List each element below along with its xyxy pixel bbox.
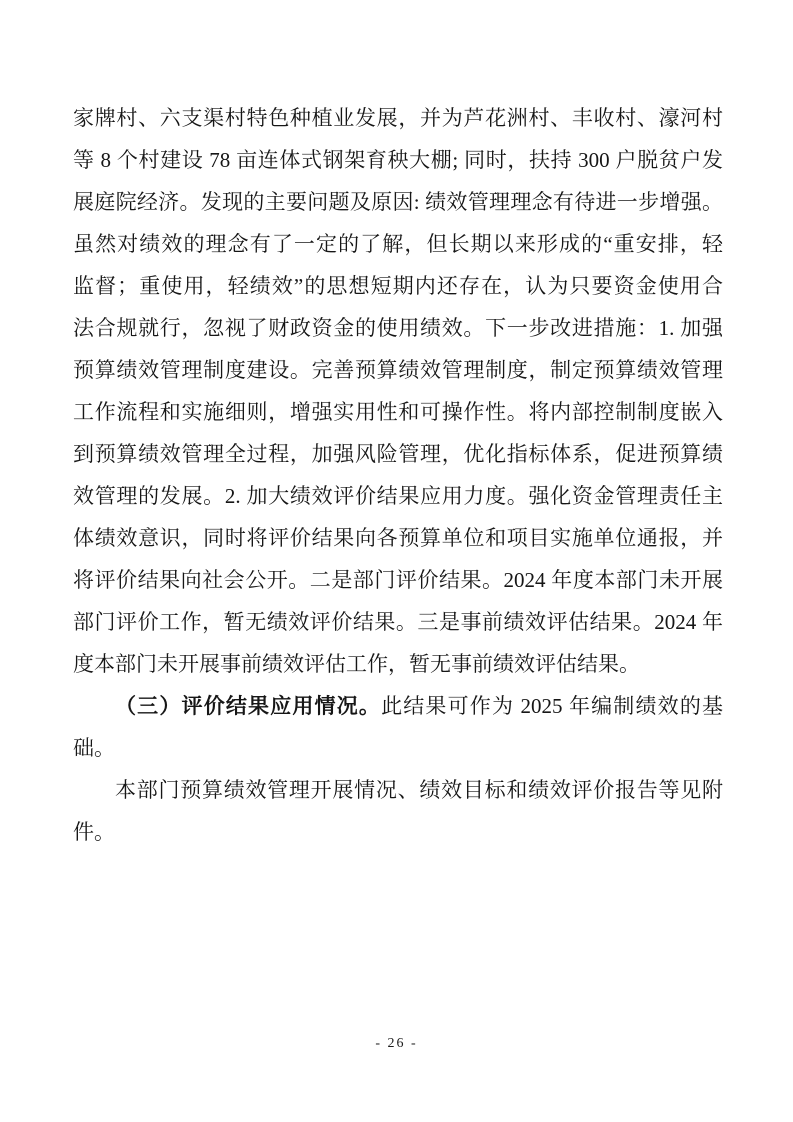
text-line: 法合规就行，忽视了财政资金的使用绩效。下一步改进措施：1. 加强 bbox=[73, 307, 723, 349]
text-run: 法合规就行，忽视了财政资金的使用绩效。下一步改进措施：1. 加强 bbox=[73, 316, 723, 340]
text-run: 效管理的发展。2. 加大绩效评价结果应用力度。强化资金管理责任主 bbox=[73, 484, 723, 508]
text-line: 础。 bbox=[73, 727, 723, 769]
text-line: 工作流程和实施细则，增强实用性和可操作性。将内部控制制度嵌入 bbox=[73, 391, 723, 433]
text-line: 将评价结果向社会公开。二是部门评价结果。2024 年度本部门未开展 bbox=[73, 559, 723, 601]
heading-run: （三）评价结果应用情况。 bbox=[115, 694, 381, 718]
text-line: 到预算绩效管理全过程，加强风险管理，优化指标体系，促进预算绩 bbox=[73, 433, 723, 475]
text-line: 等 8 个村建设 78 亩连体式钢架育秧大棚; 同时，扶持 300 户脱贫户发 bbox=[73, 139, 723, 181]
text-run: 本部门预算绩效管理开展情况、绩效目标和绩效评价报告等见附 bbox=[115, 778, 723, 802]
text-run: 家牌村、六支渠村特色种植业发展，并为芦花洲村、丰收村、濠河村 bbox=[73, 106, 723, 130]
text-line: 预算绩效管理制度建设。完善预算绩效管理制度，制定预算绩效管理 bbox=[73, 349, 723, 391]
text-line: 家牌村、六支渠村特色种植业发展，并为芦花洲村、丰收村、濠河村 bbox=[73, 97, 723, 139]
text-line: 本部门预算绩效管理开展情况、绩效目标和绩效评价报告等见附 bbox=[73, 769, 723, 811]
document-body: 家牌村、六支渠村特色种植业发展，并为芦花洲村、丰收村、濠河村等 8 个村建设 7… bbox=[73, 97, 723, 853]
text-run: 部门评价工作，暂无绩效评价结果。三是事前绩效评估结果。2024 年 bbox=[73, 610, 723, 634]
text-line: （三）评价结果应用情况。此结果可作为 2025 年编制绩效的基 bbox=[73, 685, 723, 727]
text-run: 工作流程和实施细则，增强实用性和可操作性。将内部控制制度嵌入 bbox=[73, 400, 723, 424]
text-run: 等 8 个村建设 78 亩连体式钢架育秧大棚; 同时，扶持 300 户脱贫户发 bbox=[73, 148, 723, 172]
page-number: - 26 - bbox=[0, 1036, 793, 1052]
text-line: 效管理的发展。2. 加大绩效评价结果应用力度。强化资金管理责任主 bbox=[73, 475, 723, 517]
text-line: 展庭院经济。发现的主要问题及原因: 绩效管理理念有待进一步增强。 bbox=[73, 181, 723, 223]
text-run: 展庭院经济。发现的主要问题及原因: 绩效管理理念有待进一步增强。 bbox=[73, 190, 723, 214]
text-run: 到预算绩效管理全过程，加强风险管理，优化指标体系，促进预算绩 bbox=[73, 442, 723, 466]
text-run: 预算绩效管理制度建设。完善预算绩效管理制度，制定预算绩效管理 bbox=[73, 358, 723, 382]
text-line: 虽然对绩效的理念有了一定的了解，但长期以来形成的“重安排，轻 bbox=[73, 223, 723, 265]
text-run: 虽然对绩效的理念有了一定的了解，但长期以来形成的“重安排，轻 bbox=[73, 232, 723, 256]
text-line: 监督；重使用，轻绩效”的思想短期内还存在，认为只要资金使用合 bbox=[73, 265, 723, 307]
text-run: 此结果可作为 2025 年编制绩效的基 bbox=[381, 694, 723, 718]
text-run: 体绩效意识，同时将评价结果向各预算单位和项目实施单位通报，并 bbox=[73, 526, 723, 550]
text-run: 件。 bbox=[73, 820, 115, 844]
text-run: 将评价结果向社会公开。二是部门评价结果。2024 年度本部门未开展 bbox=[73, 568, 723, 592]
text-run: 础。 bbox=[73, 736, 115, 760]
document-page: 家牌村、六支渠村特色种植业发展，并为芦花洲村、丰收村、濠河村等 8 个村建设 7… bbox=[0, 0, 793, 1122]
text-run: 度本部门未开展事前绩效评估工作，暂无事前绩效评估结果。 bbox=[73, 652, 640, 676]
text-line: 部门评价工作，暂无绩效评价结果。三是事前绩效评估结果。2024 年 bbox=[73, 601, 723, 643]
text-line: 件。 bbox=[73, 811, 723, 853]
text-run: 监督；重使用，轻绩效”的思想短期内还存在，认为只要资金使用合 bbox=[73, 274, 723, 298]
text-line: 体绩效意识，同时将评价结果向各预算单位和项目实施单位通报，并 bbox=[73, 517, 723, 559]
text-line: 度本部门未开展事前绩效评估工作，暂无事前绩效评估结果。 bbox=[73, 643, 723, 685]
